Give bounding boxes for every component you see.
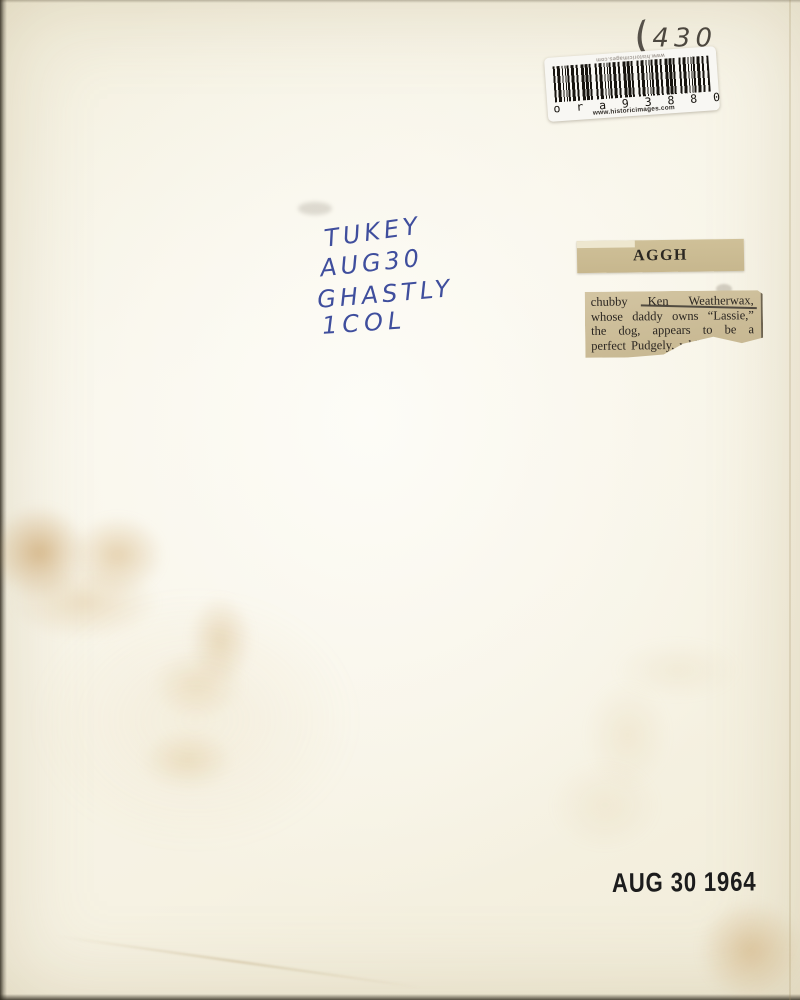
handwritten-line-col: 1COL [321,306,407,340]
pencil-smudge [298,202,332,215]
scan-edge-left [0,0,7,1000]
stain [585,680,670,790]
caption-strip-label: AGGH [633,247,688,266]
barcode-sticker: www.historicimages.com o r a 9 3 8 8 0 w… [544,46,720,122]
stain [150,650,245,720]
stain [30,590,360,850]
date-stamp: AUG 30 1964 [612,866,757,899]
photo-verso-scan: (430 www.historicimages.com o r a 9 3 8 … [0,0,800,1000]
scan-edge-top [0,0,800,3]
stain [612,640,742,700]
stain [550,760,660,850]
crease-line [55,935,422,988]
clipping-line: the dog, appears to be a [591,322,754,338]
stain [140,730,235,790]
stain [0,505,87,600]
stain [70,515,165,595]
newspaper-clipping: chubby Ken Weatherwax, whose daddy owns … [585,290,764,358]
torn-notch [577,240,635,248]
scan-edge-bottom [0,994,800,1000]
stain [10,565,160,640]
stain [188,595,253,685]
paper-edge-crease [789,0,791,1000]
stain [698,900,800,1000]
clipping-line: perfect Pudgely, whil [591,337,754,353]
caption-strip: AGGH [577,239,744,273]
